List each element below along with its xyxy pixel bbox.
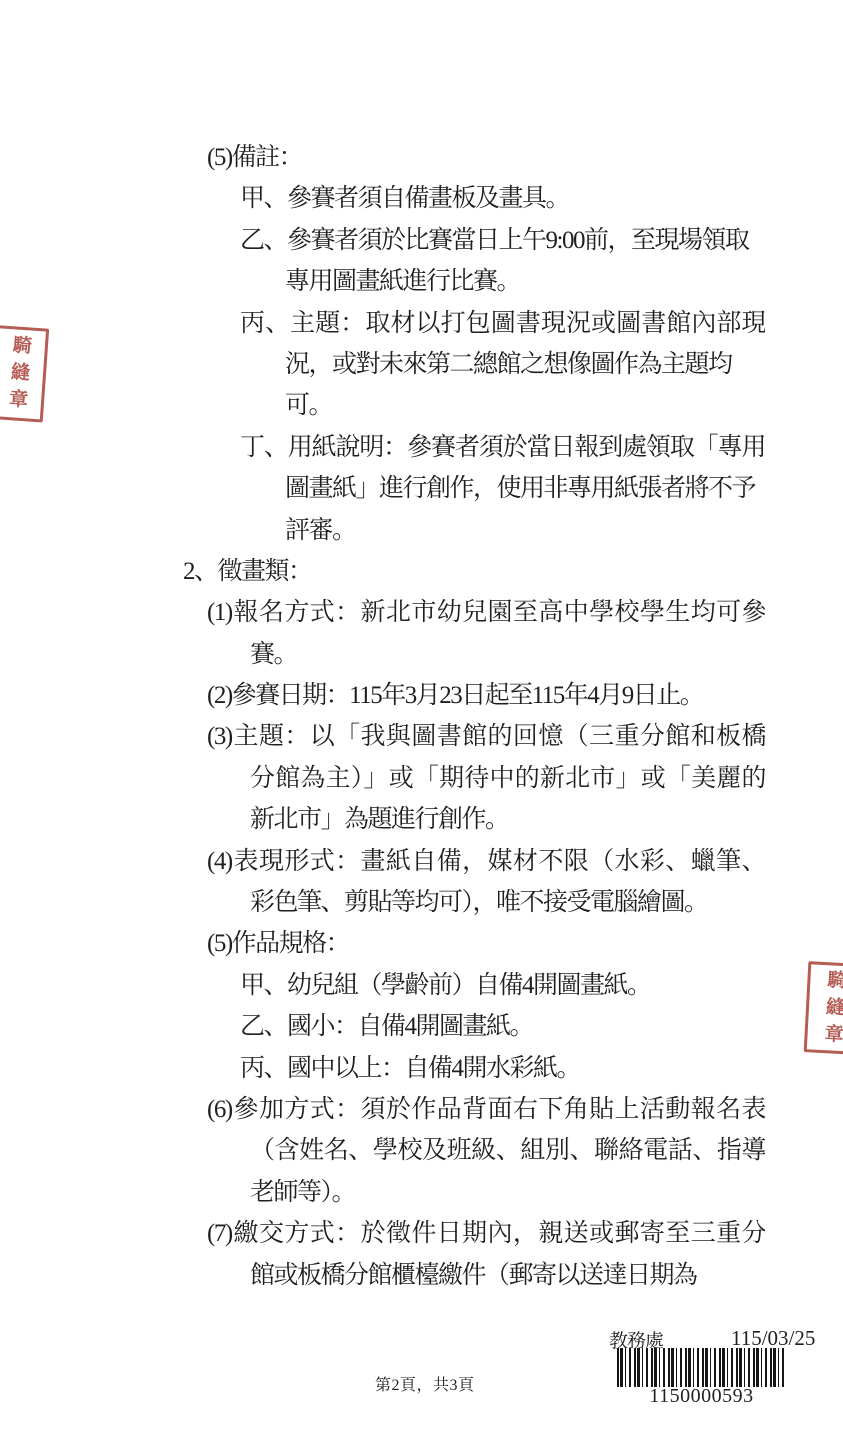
text-line: 乙、國小：自備4開圖畫紙。 bbox=[240, 1006, 843, 1047]
text-line: 專用圖畫紙進行比賽。 bbox=[285, 261, 843, 302]
barcode-icon bbox=[617, 1348, 786, 1387]
text-line: 評審。 bbox=[285, 510, 843, 551]
text-line: 彩色筆、剪貼等均可），唯不接受電腦繪圖。 bbox=[250, 882, 843, 923]
left-seam-stamp-icon: 騎縫章 bbox=[0, 323, 49, 422]
text-line: 分館為主）」或「期待中的新北市」或「美麗的 bbox=[250, 758, 765, 799]
text-line: 圖畫紙」進行創作，使用非專用紙張者將不予 bbox=[285, 468, 843, 509]
right-seam-stamp-text: 騎縫章 bbox=[818, 969, 843, 1051]
text-line: (7)繳交方式：於徵件日期內，親送或郵寄至三重分 bbox=[207, 1213, 765, 1254]
text-line: 館或板橋分館櫃檯繳件（郵寄以送達日期為 bbox=[250, 1255, 843, 1296]
text-line: 老師等）。 bbox=[250, 1172, 843, 1213]
barcode-number: 1150000593 bbox=[617, 1385, 786, 1408]
text-line: (5)作品規格： bbox=[207, 923, 843, 964]
text-line: 賽。 bbox=[250, 634, 843, 675]
document-page: (5)備註：甲、參賽者須自備畫板及畫具。乙、參賽者須於比賽當日上午9:00前，至… bbox=[0, 0, 843, 1450]
text-line: (2)參賽日期：115年3月23日起至115年4月9日止。 bbox=[207, 675, 843, 716]
text-line: (4)表現形式：畫紙自備，媒材不限（水彩、蠟筆、 bbox=[207, 841, 765, 882]
left-seam-stamp-text: 騎縫章 bbox=[2, 334, 35, 417]
document-body: (5)備註：甲、參賽者須自備畫板及畫具。乙、參賽者須於比賽當日上午9:00前，至… bbox=[0, 137, 843, 1296]
page-indicator: 第2頁，共3頁 bbox=[375, 1372, 475, 1395]
text-line: (3)主題：以「我與圖書館的回憶（三重分館和板橋 bbox=[207, 716, 765, 757]
text-line: (5)備註： bbox=[207, 137, 843, 178]
text-line: (6)參加方式：須於作品背面右下角貼上活動報名表 bbox=[207, 1089, 765, 1130]
text-line: 甲、幼兒組（學齡前）自備4開圖畫紙。 bbox=[240, 965, 843, 1006]
text-line: 況，或對未來第二總館之想像圖作為主題均 bbox=[285, 344, 843, 385]
text-line: 新北市」為題進行創作。 bbox=[250, 799, 843, 840]
text-line: 2、徵畫類： bbox=[183, 551, 843, 592]
text-line: 丙、主題：取材以打包圖書現況或圖書館內部現 bbox=[240, 303, 765, 344]
text-line: 可。 bbox=[285, 385, 843, 426]
text-line: 乙、參賽者須於比賽當日上午9:00前，至現場領取 bbox=[240, 220, 843, 261]
text-line: 丁、用紙說明：參賽者須於當日報到處領取「專用 bbox=[240, 427, 765, 468]
right-seam-stamp-icon: 騎縫章 bbox=[804, 961, 843, 1056]
text-line: (1)報名方式：新北市幼兒園至高中學校學生均可參 bbox=[207, 592, 765, 633]
text-line: 甲、參賽者須自備畫板及畫具。 bbox=[240, 178, 843, 219]
text-line: （含姓名、學校及班級、組別、聯絡電話、指導 bbox=[250, 1130, 765, 1171]
text-line: 丙、國中以上：自備4開水彩紙。 bbox=[240, 1048, 843, 1089]
